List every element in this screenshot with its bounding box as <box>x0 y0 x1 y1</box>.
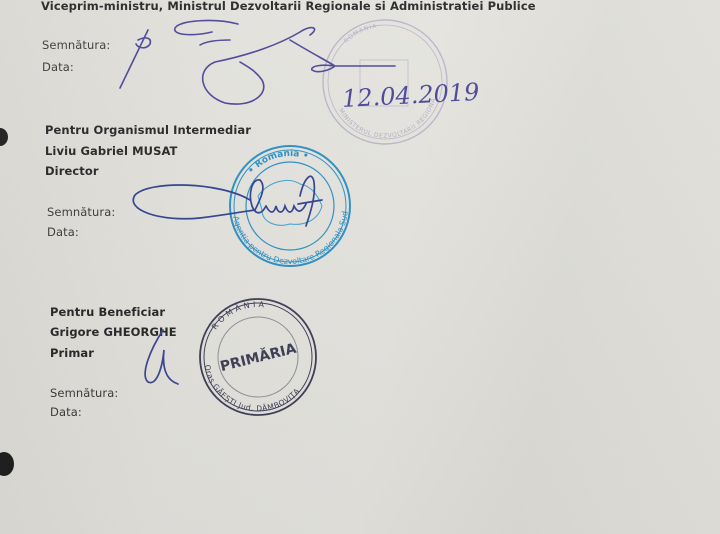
svg-text:PRIMĂRIA: PRIMĂRIA <box>218 339 298 375</box>
primaria-stamp: ROMÂNIA Oraș GĂEȘTI Jud. DÂMBOVIȚA PRIMĂ… <box>200 299 316 415</box>
stamps-and-signatures-layer: ROMANIA MINISTERUL DEZVOLTARII REGIONALE… <box>0 0 720 534</box>
svg-text:• Romania •: • Romania • <box>246 149 309 176</box>
svg-text:Oraș GĂEȘTI Jud. DÂMBOVIȚA: Oraș GĂEȘTI Jud. DÂMBOVIȚA <box>203 364 302 413</box>
signature-2 <box>133 176 322 226</box>
svg-text:Agentia pentru Dezvoltare Regi: Agentia pentru Dezvoltare Regionala Sud … <box>0 0 350 266</box>
handwritten-date: 12.04.2019 <box>341 78 480 113</box>
agency-stamp: • Romania • Agentia pentru Dezvoltare Re… <box>0 0 350 266</box>
signature-3 <box>145 330 178 384</box>
